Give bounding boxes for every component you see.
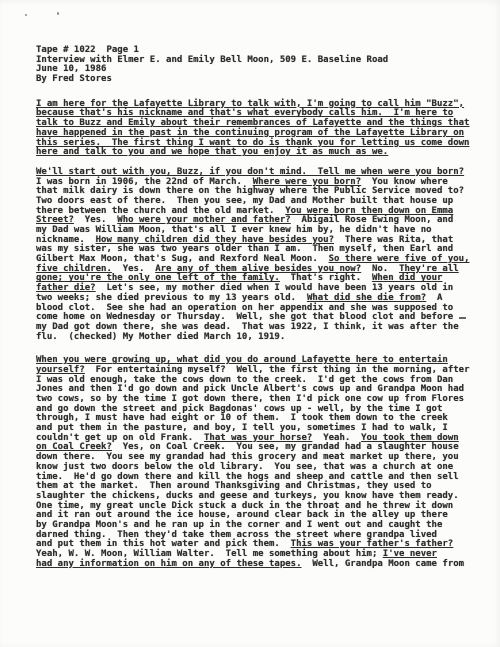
answer-text: come home on Wednesday or Thursday. Well… <box>36 312 453 322</box>
text-line: flu. (checked) My Mother died March 10, … <box>36 333 478 343</box>
header: Tape # 1022 Page 1Interview with Elmer E… <box>36 46 478 85</box>
answer-text: them at the market. Then around Thanksgi… <box>36 481 432 491</box>
qa-paragraph-2: When you were growing up, what did you d… <box>36 356 478 569</box>
scan-speck <box>57 12 59 15</box>
answer-text: two weeks; she died previous to my 13 ye… <box>36 293 307 303</box>
underlined-question-text: on Coal Creek? <box>36 442 112 452</box>
answer-text: That's right. <box>280 273 372 283</box>
underlined-question-text: So there were five of you, <box>329 254 470 264</box>
answer-text: down there. You see my grandad had this … <box>36 452 459 462</box>
underlined-question-text: I've never <box>383 549 437 559</box>
answer-text: Well, Grandpa Moon came from <box>302 559 465 569</box>
intro-paragraph: I am here for the Lafayette Library to t… <box>36 100 478 158</box>
underlined-question-text: here and talk to you and we hope that yo… <box>36 147 388 157</box>
answer-text: A <box>426 293 442 303</box>
answer-text: June 10, 1986 <box>36 64 106 74</box>
answer-text: by Grandpa Moon's and he ran up in the c… <box>36 520 442 530</box>
answer-text: know just two doors below the old librar… <box>36 462 453 472</box>
underlined-question-text: had any information on him on any of the… <box>36 559 302 569</box>
underlined-question-text: father die? <box>36 283 96 293</box>
underlined-question-text: gone; you're the only one left of the fa… <box>36 273 280 283</box>
answer-text: flu. (checked) My Mother died March 10, … <box>36 332 285 342</box>
scan-speck <box>25 14 27 16</box>
scanned-page: Tape # 1022 Page 1Interview with Elmer E… <box>0 0 500 647</box>
answer-text: Two doors east of there. Then you see, m… <box>36 196 453 206</box>
qa-paragraph-1: We'll start out with you, Buzz, if you d… <box>36 168 478 342</box>
answer-text: slaughter the chickens, ducks and geese … <box>36 491 459 501</box>
underlined-question-text: When did your <box>372 273 442 283</box>
answer-text: that milk dairy is down there on the hig… <box>36 186 464 196</box>
underlined-question-text: have happened in the past in the continu… <box>36 128 464 138</box>
text-line: had any information on him on any of the… <box>36 560 478 570</box>
answer-text: Let's see, my mother died when I would h… <box>96 283 454 293</box>
underlined-question-text: this series. The first thing I want to d… <box>36 138 469 148</box>
underlined-question-text: Who were your mother and father? <box>117 215 290 225</box>
answer-text: through, I must have had eight or 10 of … <box>36 413 448 423</box>
answer-text: and it ran out around the ice house, aro… <box>36 510 448 520</box>
underlined-question-text: We'll start out with you, Buzz, if you d… <box>36 167 464 177</box>
answer-text: For entertaining myself? Well, the first… <box>85 365 470 375</box>
underlined-question-text: This was your father's father? <box>291 539 454 549</box>
answer-text: Gilbert Max Moon, that's Sug, and Rexfor… <box>36 254 329 264</box>
answer-text: my Dad got down there, she was dead. Tha… <box>36 322 459 332</box>
answer-text: and put them in the pasture, and boy, I … <box>36 423 448 433</box>
answer-text: and put them in this hot water and pick … <box>36 539 291 549</box>
answer-text: my Dad was William Moon, that's all I ev… <box>36 225 432 235</box>
answer-text: By Fred Stores <box>36 74 112 84</box>
underlined-question-text: What did she die from? <box>307 293 426 303</box>
answer-text: Tape # 1022 Page 1 <box>36 45 139 55</box>
answer-text: blood clot. See she had an operation on … <box>36 303 453 313</box>
underlined-question-text: When you were growing up, what did you d… <box>36 355 448 365</box>
answer-text: Abigail Rose Ewing Moon, and <box>291 215 454 225</box>
text-line: By Fred Stores <box>36 75 478 85</box>
answer-text: Jones and then I'd go down and pick Uncl… <box>36 384 464 394</box>
underlined-question-text: yourself? <box>36 365 85 375</box>
answer-text: Yes. <box>74 215 117 225</box>
underlined-question-text: talk to Buzz and Emily about their remem… <box>36 118 469 128</box>
document-body: Tape # 1022 Page 1Interview with Elmer E… <box>36 46 478 579</box>
answer-text: Yeah, W. W. Moon, William Walter. Tell m… <box>36 549 383 559</box>
underlined-question-text: Street? <box>36 215 74 225</box>
text-line: here and talk to you and we hope that yo… <box>36 148 478 158</box>
underlined-question-text: because that's his nickname and that's w… <box>36 108 453 118</box>
answer-text: was my sister, she was two years older t… <box>36 244 453 254</box>
answer-text: two cows, so by the time I got down ther… <box>36 394 464 404</box>
answer-text: Yes, on Coal Creek. You see, my grandad … <box>112 442 459 452</box>
answer-text: time. He'd go down there and kill the ho… <box>36 472 459 482</box>
